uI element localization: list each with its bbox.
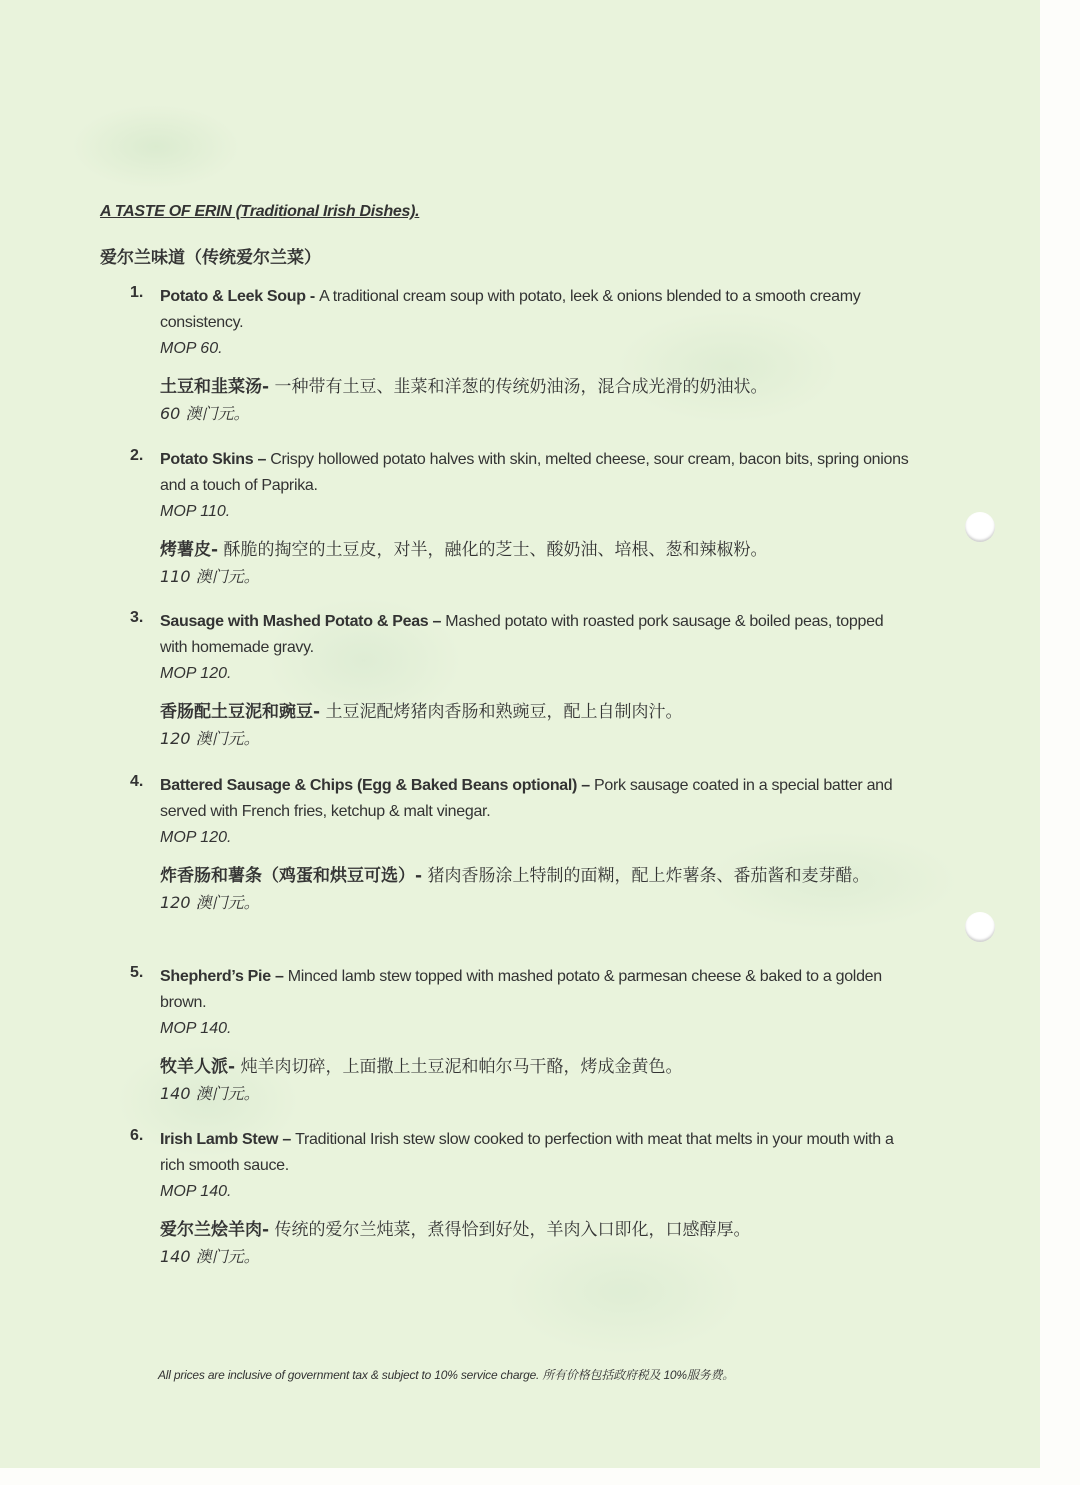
menu-item-4: 4. Battered Sausage & Chips (Egg & Baked… <box>130 773 910 916</box>
item-number: 2. <box>130 447 143 465</box>
menu-item-5: 5. Shepherd’s Pie – Minced lamb stew top… <box>130 964 910 1107</box>
footer-price-note: All prices are inclusive of government t… <box>158 1366 734 1383</box>
section-subtitle-cn: 爱尔兰味道（传统爱尔兰菜） <box>100 243 321 268</box>
item-description: Crispy hollowed potato halves with skin,… <box>160 451 908 494</box>
item-price-en: MOP 120. <box>160 661 910 687</box>
item-description-cn: 炸香肠和薯条（鸡蛋和烘豆可选）- 猪肉香肠涂上特制的面糊，配上炸薯条、番茄酱和麦… <box>160 863 910 890</box>
item-price-cn: 140 澳门元。 <box>160 1244 910 1270</box>
item-name-cn: 土豆和韭菜汤- <box>160 377 269 397</box>
item-desc-cn: 一种带有土豆、韭菜和洋葱的传统奶油汤，混合成光滑的奶油状。 <box>274 377 767 397</box>
item-name-cn: 烤薯皮- <box>160 540 218 560</box>
punch-hole-bottom <box>965 912 995 942</box>
item-price-en: MOP 120. <box>160 825 910 851</box>
item-name-cn: 爱尔兰烩羊肉- <box>160 1220 269 1240</box>
item-description-cn: 土豆和韭菜汤- 一种带有土豆、韭菜和洋葱的传统奶油汤，混合成光滑的奶油状。 <box>160 374 910 401</box>
menu-item-3: 3. Sausage with Mashed Potato & Peas – M… <box>130 609 910 752</box>
item-number: 6. <box>130 1127 143 1145</box>
item-number: 1. <box>130 284 143 302</box>
item-description-en: Potato Skins – Crispy hollowed potato ha… <box>160 447 910 499</box>
item-price-cn: 120 澳门元。 <box>160 890 910 916</box>
item-desc-cn: 传统的爱尔兰炖菜，煮得恰到好处，羊肉入口即化，口感醇厚。 <box>274 1220 750 1240</box>
item-price-en: MOP 110. <box>160 499 910 525</box>
item-separator: – <box>428 613 445 630</box>
item-separator: – <box>253 451 270 468</box>
item-number: 5. <box>130 964 143 982</box>
item-name-cn: 炸香肠和薯条（鸡蛋和烘豆可选）- <box>160 866 422 886</box>
item-price-cn: 60 澳门元。 <box>160 401 910 427</box>
item-name: Battered Sausage & Chips (Egg & Baked Be… <box>160 777 577 794</box>
item-separator: – <box>271 968 288 985</box>
item-description-cn: 香肠配土豆泥和豌豆- 土豆泥配烤猪肉香肠和熟豌豆，配上自制肉汁。 <box>160 699 910 726</box>
item-description-cn: 爱尔兰烩羊肉- 传统的爱尔兰炖菜，煮得恰到好处，羊肉入口即化，口感醇厚。 <box>160 1217 910 1244</box>
item-price-en: MOP 60. <box>160 336 910 362</box>
item-desc-cn: 土豆泥配烤猪肉香肠和熟豌豆，配上自制肉汁。 <box>325 702 682 722</box>
section-title: A TASTE OF ERIN (Traditional Irish Dishe… <box>100 203 419 221</box>
item-name: Shepherd’s Pie <box>160 968 271 985</box>
item-name-cn: 香肠配土豆泥和豌豆- <box>160 702 320 722</box>
punch-hole-top <box>965 512 995 542</box>
item-description-en: Irish Lamb Stew – Traditional Irish stew… <box>160 1127 910 1179</box>
item-separator: – <box>278 1131 295 1148</box>
item-description-en: Sausage with Mashed Potato & Peas – Mash… <box>160 609 910 661</box>
item-name: Potato Skins <box>160 451 253 468</box>
item-number: 3. <box>130 609 143 627</box>
item-price-en: MOP 140. <box>160 1016 910 1042</box>
item-separator: – <box>577 777 594 794</box>
item-name: Potato & Leek Soup <box>160 288 306 305</box>
item-desc-cn: 酥脆的掏空的土豆皮，对半，融化的芝士、酸奶油、培根、葱和辣椒粉。 <box>223 540 767 560</box>
item-name: Irish Lamb Stew <box>160 1131 278 1148</box>
item-price-cn: 110 澳门元。 <box>160 564 910 590</box>
menu-item-2: 2. Potato Skins – Crispy hollowed potato… <box>130 447 910 590</box>
item-name: Sausage with Mashed Potato & Peas <box>160 613 428 630</box>
item-description-cn: 烤薯皮- 酥脆的掏空的土豆皮，对半，融化的芝士、酸奶油、培根、葱和辣椒粉。 <box>160 537 910 564</box>
item-description-en: Battered Sausage & Chips (Egg & Baked Be… <box>160 773 910 825</box>
menu-item-1: 1. Potato & Leek Soup - A traditional cr… <box>130 284 910 427</box>
menu-item-6: 6. Irish Lamb Stew – Traditional Irish s… <box>130 1127 910 1270</box>
item-price-cn: 120 澳门元。 <box>160 726 910 752</box>
item-description-en: Potato & Leek Soup - A traditional cream… <box>160 284 910 336</box>
item-desc-cn: 炖羊肉切碎，上面撒上土豆泥和帕尔马干酪，烤成金黄色。 <box>240 1057 682 1077</box>
item-description-en: Shepherd’s Pie – Minced lamb stew topped… <box>160 964 910 1016</box>
item-price-cn: 140 澳门元。 <box>160 1081 910 1107</box>
item-price-en: MOP 140. <box>160 1179 910 1205</box>
item-separator: - <box>306 288 319 305</box>
item-number: 4. <box>130 773 143 791</box>
item-name-cn: 牧羊人派- <box>160 1057 235 1077</box>
item-description-cn: 牧羊人派- 炖羊肉切碎，上面撒上土豆泥和帕尔马干酪，烤成金黄色。 <box>160 1054 910 1081</box>
item-desc-cn: 猪肉香肠涂上特制的面糊，配上炸薯条、番茄酱和麦芽醋。 <box>427 866 869 886</box>
